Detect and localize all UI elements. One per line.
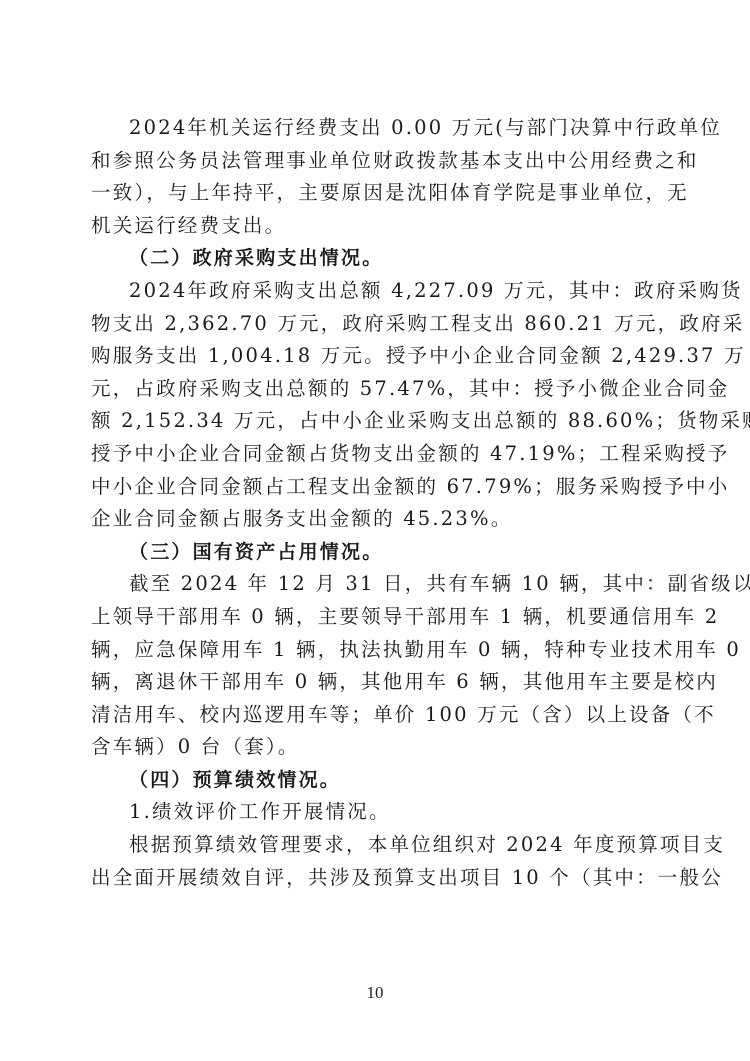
text-line: 2024年政府采购支出总额 4,227.09 万元，其中：政府采购货	[91, 275, 663, 308]
text-line: 辆，离退休干部用车 0 辆，其他用车 6 辆，其他用车主要是校内	[91, 666, 663, 699]
text-line: 机关运行经费支出。	[91, 210, 663, 243]
text-line: 截至 2024 年 12 月 31 日，共有车辆 10 辆，其中：副省级以	[91, 568, 663, 601]
document-page: 2024年机关运行经费支出 0.00 万元(与部门决算中行政单位 和参照公务员法…	[0, 0, 750, 1061]
page-number: 10	[0, 983, 750, 1003]
subheading-performance-evaluation: 1.绩效评价工作开展情况。	[91, 796, 663, 829]
section-heading-state-assets: （三）国有资产占用情况。	[91, 536, 663, 569]
text-line: 企业合同金额占服务支出金额的 45.23%。	[91, 503, 663, 536]
text-line: 购服务支出 1,004.18 万元。授予中小企业合同金额 2,429.37 万	[91, 340, 663, 373]
paragraph-government-procurement: 2024年政府采购支出总额 4,227.09 万元，其中：政府采购货 物支出 2…	[91, 275, 663, 536]
text-line: 中小企业合同金额占工程支出金额的 67.79%；服务采购授予中小	[91, 471, 663, 504]
text-line: 清洁用车、校内巡逻用车等；单价 100 万元（含）以上设备（不	[91, 699, 663, 732]
text-line: 额 2,152.34 万元，占中小企业采购支出总额的 88.60%；货物采购	[91, 405, 663, 438]
text-line: 授予中小企业合同金额占货物支出金额的 47.19%；工程采购授予	[91, 438, 663, 471]
page-body: 2024年机关运行经费支出 0.00 万元(与部门决算中行政单位 和参照公务员法…	[91, 112, 663, 894]
paragraph-performance-evaluation: 根据预算绩效管理要求，本单位组织对 2024 年度预算项目支 出全面开展绩效自评…	[91, 829, 663, 894]
paragraph-admin-operating-expenses: 2024年机关运行经费支出 0.00 万元(与部门决算中行政单位 和参照公务员法…	[91, 112, 663, 242]
text-line: 一致），与上年持平，主要原因是沈阳体育学院是事业单位，无	[91, 177, 663, 210]
text-line: 和参照公务员法管理事业单位财政拨款基本支出中公用经费之和	[91, 145, 663, 178]
text-line: 辆，应急保障用车 1 辆，执法执勤用车 0 辆，特种专业技术用车 0	[91, 634, 663, 667]
section-heading-government-procurement: （二）政府采购支出情况。	[91, 242, 663, 275]
section-heading-budget-performance: （四）预算绩效情况。	[91, 764, 663, 797]
text-line: 元，占政府采购支出总额的 57.47%，其中：授予小微企业合同金	[91, 373, 663, 406]
text-line: 物支出 2,362.70 万元，政府采购工程支出 860.21 万元，政府采	[91, 308, 663, 341]
text-line: 上领导干部用车 0 辆，主要领导干部用车 1 辆，机要通信用车 2	[91, 601, 663, 634]
paragraph-state-assets: 截至 2024 年 12 月 31 日，共有车辆 10 辆，其中：副省级以 上领…	[91, 568, 663, 764]
text-line: 出全面开展绩效自评，共涉及预算支出项目 10 个（其中：一般公	[91, 862, 663, 895]
text-line: 含车辆）0 台（套）。	[91, 731, 663, 764]
text-line: 根据预算绩效管理要求，本单位组织对 2024 年度预算项目支	[91, 829, 663, 862]
text-line: 2024年机关运行经费支出 0.00 万元(与部门决算中行政单位	[91, 112, 663, 145]
